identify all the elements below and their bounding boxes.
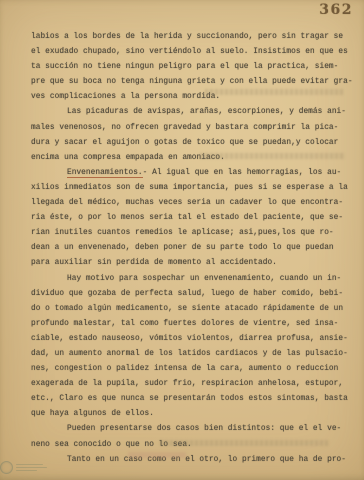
text-line: que haya algunos de ellos. <box>31 407 355 422</box>
text-line: neno sea conocido o que no lo sea. <box>31 438 355 453</box>
text-line: Hay motivo para sospechar un envenenamie… <box>31 272 355 287</box>
text-line: Las picaduras de avispas, arañas, escorp… <box>31 105 355 120</box>
text-line-content: dean a un envenenado, deben poner de su … <box>31 244 334 252</box>
text-line: ria éste, o por lo menos seria tal el es… <box>31 211 355 226</box>
text-line: dean a un envenenado, deben poner de su … <box>31 241 355 256</box>
text-line-content: etc., Claro es que nunca se presentarán … <box>31 395 348 403</box>
text-line-content: labios a los bordes de la herida y succi… <box>31 33 343 41</box>
stamp-text-lines <box>16 462 47 473</box>
text-line: Tanto en un caso como en el otro, lo pri… <box>31 453 355 468</box>
text-line: nes, congestion o palidez intensa de la … <box>31 362 355 377</box>
text-line-content: llegada del médico, muchas veces seria u… <box>31 199 343 207</box>
text-line-content: dura y sacar el aguijon o gotas de toxic… <box>31 139 338 147</box>
text-line: encima una compresa empapada en amoniaco… <box>31 151 355 166</box>
text-line: males venenosos, no ofrecen gravedad y b… <box>31 121 355 136</box>
text-line: do o tomado algún medicamento, se siente… <box>31 302 355 317</box>
stamp-circle-icon <box>0 461 13 474</box>
text-line: pre que su boca no tenga ninguna grieta … <box>31 75 355 90</box>
text-line-content: males venenosos, no ofrecen gravedad y b… <box>31 124 338 132</box>
text-line-content: Pueden presentarse dos casos bien distin… <box>67 425 341 433</box>
text-line-content: dad, un aumento anormal de los latidos c… <box>31 350 348 358</box>
text-line: Pueden presentarse dos casos bien distin… <box>31 422 355 437</box>
text-line: etc., Claro es que nunca se presentarán … <box>31 392 355 407</box>
text-line: dividuo que gozaba de perfecta salud, lu… <box>31 287 355 302</box>
scanned-page: 362 labios a los bordes de la herida y s… <box>0 0 364 480</box>
text-line-content: exagerada de la pupila, sudor frio, resp… <box>31 380 343 388</box>
text-line-content: rian inutiles cuantos remedios le aplica… <box>31 229 334 237</box>
text-line-content: neno sea conocido o que no lo sea. <box>31 441 192 449</box>
text-line: para auxiliar sin perdida de momento al … <box>31 256 355 271</box>
text-line: dura y sacar el aguijon o gotas de toxic… <box>31 136 355 151</box>
text-line: ciable, estado nauseoso, vómitos violent… <box>31 332 355 347</box>
text-line-content: Las picaduras de avispas, arañas, escorp… <box>67 108 346 116</box>
text-line-content: ves complicaciones a la persona mordida. <box>31 93 220 101</box>
text-line-content: ciable, estado nauseoso, vómitos violent… <box>31 335 348 343</box>
page-text-block: labios a los bordes de la herida y succi… <box>31 30 355 468</box>
text-line-content: ta succión no tiene ningun peligro para … <box>31 63 338 71</box>
text-line-content: pre que su boca no tenga ninguna grieta … <box>31 78 353 86</box>
text-line: xilios inmediatos son de suma importanci… <box>31 181 355 196</box>
text-line-content: ria éste, o por lo menos seria tal el es… <box>31 214 343 222</box>
text-line: rian inutiles cuantos remedios le aplica… <box>31 226 355 241</box>
text-line-content: encima una compresa empapada en amoniaco… <box>31 154 225 162</box>
text-line: ta succión no tiene ningun peligro para … <box>31 60 355 75</box>
text-line: profundo malestar, tal como fuertes dolo… <box>31 317 355 332</box>
text-line: llegada del médico, muchas veces seria u… <box>31 196 355 211</box>
text-line-content: nes, congestion o palidez intensa de la … <box>31 365 338 373</box>
text-line-content: Hay motivo para sospechar un envenenamie… <box>67 275 341 283</box>
text-line: exagerada de la pupila, sudor frio, resp… <box>31 377 355 392</box>
text-line-heading: Envenenamientos.- Al igual que en las he… <box>31 166 355 181</box>
section-heading-underlined: Envenenamientos. <box>67 169 143 179</box>
text-line-content: - Al igual que en las hemorragias, los a… <box>143 169 342 177</box>
page-number: 362 <box>319 2 353 18</box>
text-line: dad, un aumento anormal de los latidos c… <box>31 347 355 362</box>
text-line: labios a los bordes de la herida y succi… <box>31 30 355 45</box>
text-line-content: do o tomado algún medicamento, se siente… <box>31 305 343 313</box>
text-line-content: Tanto en un caso como en el otro, lo pri… <box>67 456 346 464</box>
text-line-content: el exudado chupado, sino vertiéndolo al … <box>31 48 348 56</box>
text-line-content: dividuo que gozaba de perfecta salud, lu… <box>31 290 343 298</box>
text-line-content: xilios inmediatos son de suma importanci… <box>31 184 348 192</box>
text-line: ves complicaciones a la persona mordida. <box>31 90 355 105</box>
text-line-content: para auxiliar sin perdida de momento al … <box>31 259 277 267</box>
text-line-content: que haya algunos de ellos. <box>31 410 154 418</box>
text-line-content: profundo malestar, tal como fuertes dolo… <box>31 320 338 328</box>
library-stamp <box>0 461 47 474</box>
text-line: el exudado chupado, sino vertiéndolo al … <box>31 45 355 60</box>
